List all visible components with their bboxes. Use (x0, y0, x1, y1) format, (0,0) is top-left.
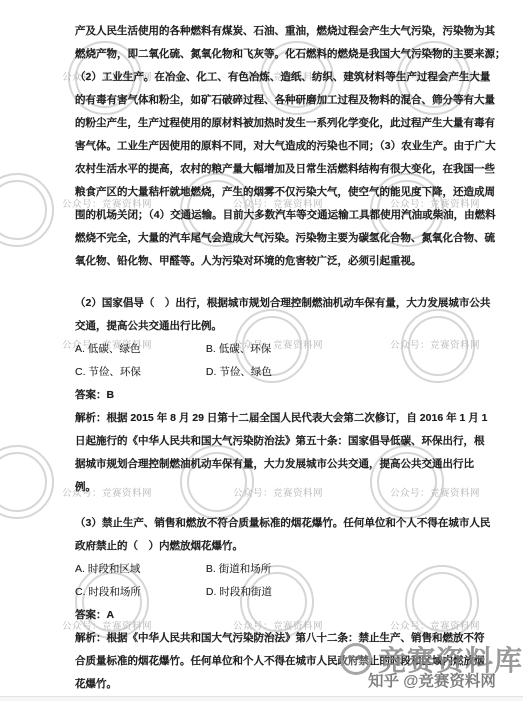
answer-line: 答案：B (75, 384, 493, 407)
question-text-line: （2）国家倡导（ ）出行，根据城市规划合理控制燃油机动车保有量，大力发展城市公共 (75, 292, 493, 315)
analysis-line: 合质量标准的烟花爆竹。任何单位和个人不得在城市人民政府禁止的时段和区域内燃放烟 (75, 650, 493, 673)
analysis-line: 日起施行的《中华人民共和国大气污染防治法》第五十条：国家倡导低碳、环保出行，根 (75, 430, 493, 453)
text-line: 农村生活水平的提高，农村的粮产量大幅增加及日常生活燃料结构有很大变化，在我国一些 (75, 158, 493, 181)
option-c: C. 节俭、环保 (75, 361, 203, 384)
option-a: A. 时段和区域 (75, 558, 203, 581)
options-row: A. 时段和区域 B. 街道和场所 (75, 558, 493, 581)
text-line: 粮食产区的大量秸杆就地燃烧，产生的烟雾不仅污染大气，使空气的能见度下降，还造成周 (75, 181, 493, 204)
text-line: 害气体。工业生产因使用的原料不同，对大气造成的污染也不同；（3）农业生产。由于广… (75, 135, 493, 158)
analysis-line: 例。 (75, 476, 493, 499)
question-3: （3）禁止生产、销售和燃放不符合质量标准的烟花爆竹。任何单位和个人不得在城市人民… (75, 512, 493, 696)
text-line: 氧化物、铅化物、甲醛等。人为污染对环境的危害较广泛，必须引起重视。 (75, 250, 493, 273)
watermark-seal-icon (0, 173, 54, 247)
answer-line: 答案：A (75, 604, 493, 627)
question-text-line: （3）禁止生产、销售和燃放不符合质量标准的烟花爆竹。任何单位和个人不得在城市人民 (75, 512, 493, 535)
option-d: D. 节俭、绿色 (206, 361, 272, 384)
options-row: A. 低碳、绿色 B. 低碳、环保 (75, 338, 493, 361)
intro-paragraph: 产及人民生活使用的各种燃料有煤炭、石油、重油，燃烧过程会产生大气污染，污染物为其… (75, 20, 493, 273)
option-b: B. 低碳、环保 (206, 338, 271, 361)
options-row: C. 时段和场所 D. 时段和街道 (75, 581, 493, 604)
option-b: B. 街道和场所 (206, 558, 271, 581)
question-2: （2）国家倡导（ ）出行，根据城市规划合理控制燃油机动车保有量，大力发展城市公共… (75, 292, 493, 499)
text-line: 的粉尘产生，生产过程使用的原材料被加热时发生一系列化学变化，此过程产生大量有毒有 (75, 112, 493, 135)
watermark-seal-icon (0, 445, 54, 519)
question-text-line: 政府禁止的（ ）内燃放烟花爆竹。 (75, 535, 493, 558)
analysis-line: 解析：根据《中华人民共和国大气污染防治法》第八十二条：禁止生产、销售和燃放不符 (75, 627, 493, 650)
analysis-line: 据城市规划合理控制燃油机动车保有量，大力发展城市公共交通，提高公共交通出行比 (75, 453, 493, 476)
analysis-line: 解析：根据 2015 年 8 月 29 日第十二届全国人民代表大会第二次修订，自… (75, 407, 493, 430)
text-line: 产及人民生活使用的各种燃料有煤炭、石油、重油，燃烧过程会产生大气污染，污染物为其 (75, 20, 493, 43)
analysis-line: 花爆竹。 (75, 673, 493, 696)
analysis-paragraph: 解析：根据 2015 年 8 月 29 日第十二届全国人民代表大会第二次修订，自… (75, 407, 493, 499)
question-text-line: 交通，提高公共交通出行比例。 (75, 315, 493, 338)
document-text: 产及人民生活使用的各种燃料有煤炭、石油、重油，燃烧过程会产生大气污染，污染物为其… (75, 20, 493, 696)
analysis-paragraph: 解析：根据《中华人民共和国大气污染防治法》第八十二条：禁止生产、销售和燃放不符 … (75, 627, 493, 696)
option-d: D. 时段和街道 (206, 581, 272, 604)
scanned-document-page: 公众号：竞赛资料网 公众号：竞赛资料网 公众号：竞赛资料网 公众号：竞赛资料网 … (0, 0, 523, 701)
text-line: 燃烧不完全，大量的汽车尾气会造成大气污染。污染物主要为碳氢化合物、氮氧化合物、硫 (75, 227, 493, 250)
option-c: C. 时段和场所 (75, 581, 203, 604)
text-line: （2）工业生产。在冶金、化工、有色冶炼、造纸、纺织、建筑材料等生产过程会产生大量 (75, 66, 493, 89)
text-line: 的有毒有害气体和粉尘，如矿石破碎过程、各种研磨加工过程及物料的混合、筛分等有大量 (75, 89, 493, 112)
text-line: 燃烧产物，即二氧化硫、氮氧化物和飞灰等。化石燃料的燃烧是我国大气污染物的主要来源… (75, 43, 493, 66)
options-row: C. 节俭、环保 D. 节俭、绿色 (75, 361, 493, 384)
page-bottom-edge (0, 696, 523, 701)
option-a: A. 低碳、绿色 (75, 338, 203, 361)
text-line: 围的机场关闭；（4）交通运输。目前大多数汽车等交通运输工具都使用汽油或柴油，由燃… (75, 204, 493, 227)
